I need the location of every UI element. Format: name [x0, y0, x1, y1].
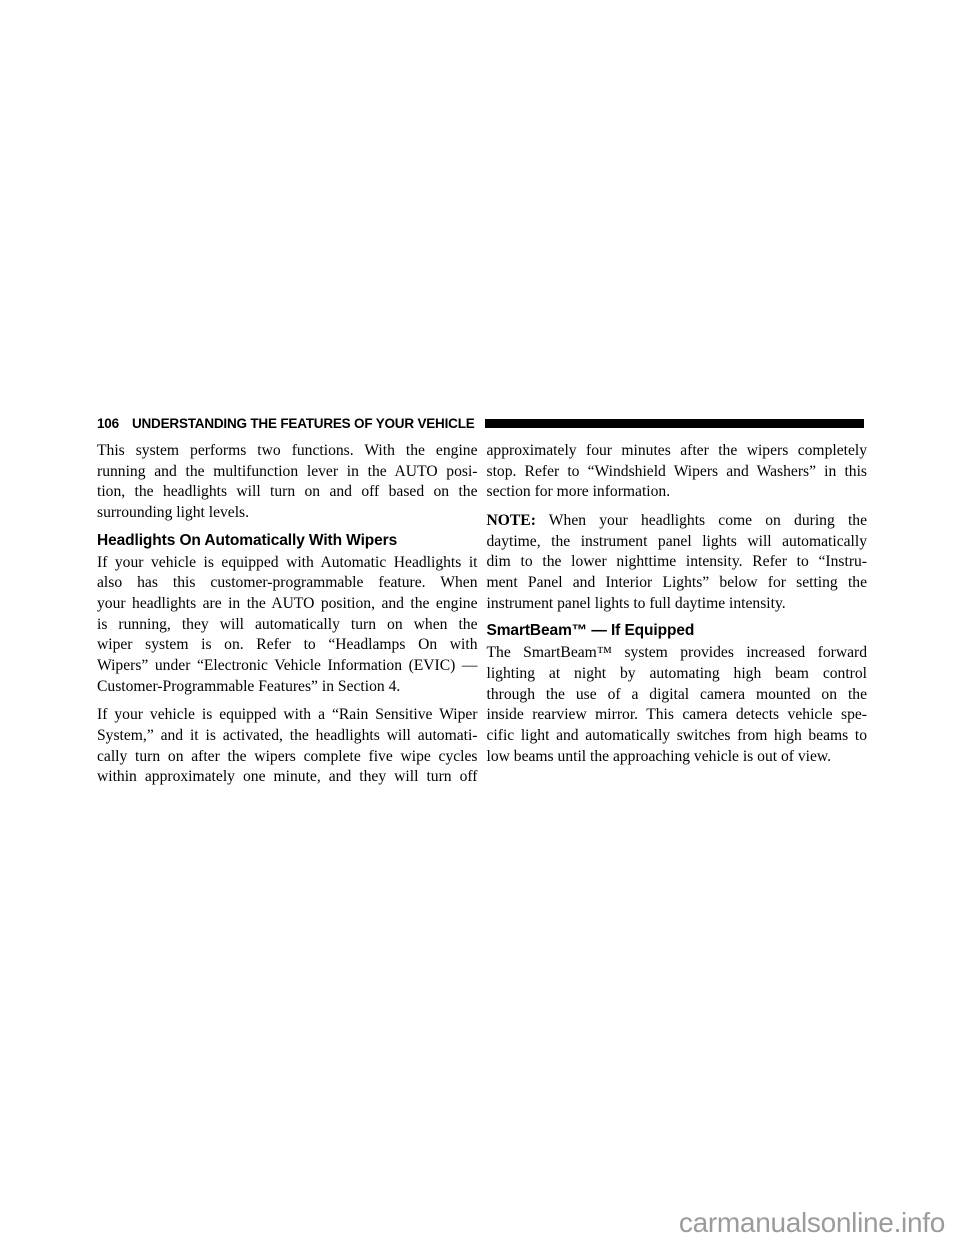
text-line: also has this customer-programmable feat…: [97, 573, 478, 594]
body-paragraph: If your vehicle is equipped with Automat…: [97, 553, 478, 698]
text-line: your headlights are in the AUTO position…: [97, 594, 478, 615]
text-line: cally turn on after the wipers complete …: [97, 747, 478, 768]
text-line: through the use of a digital camera moun…: [487, 685, 868, 706]
text-line: Customer-Programmable Features” in Secti…: [97, 677, 478, 698]
body-paragraph: The SmartBeam™ system provides increased…: [487, 643, 868, 767]
page-number: 106: [97, 416, 119, 431]
text-line: is running, they will automatically turn…: [97, 615, 478, 636]
text-line: dim to the lower nighttime intensity. Re…: [487, 552, 868, 573]
text-line: running and the multifunction lever in t…: [97, 462, 478, 483]
text-line: inside rearview mirror. This camera dete…: [487, 705, 868, 726]
text-line: instrument panel lights to full daytime …: [487, 594, 868, 615]
body-paragraph: approximately four minutes after the wip…: [487, 441, 868, 503]
right-column: approximately four minutes after the wip…: [487, 441, 868, 796]
text-line: section for more information.: [487, 482, 868, 503]
header-rule: [485, 419, 864, 428]
text-line: surrounding light levels.: [97, 503, 478, 524]
text-columns: This system performs two functions. With…: [97, 441, 867, 796]
text-line: low beams until the approaching vehicle …: [487, 747, 868, 768]
left-column: This system performs two functions. With…: [97, 441, 478, 796]
text-line: approximately four minutes after the wip…: [487, 441, 868, 462]
text-line: NOTE: When your headlights come on durin…: [487, 511, 868, 532]
watermark: carmanualsonline.info: [679, 1207, 945, 1239]
text-line: If your vehicle is equipped with Automat…: [97, 553, 478, 574]
text-line: ment Panel and Interior Lights” below fo…: [487, 573, 868, 594]
section-heading: SmartBeam™ — If Equipped: [487, 622, 868, 640]
section-heading: Headlights On Automatically With Wipers: [97, 532, 478, 550]
manual-page: 106 UNDERSTANDING THE FEATURES OF YOUR V…: [0, 0, 960, 1242]
body-paragraph: This system performs two functions. With…: [97, 441, 478, 524]
text-line: stop. Refer to “Windshield Wipers and Wa…: [487, 462, 868, 483]
text-line: wiper system is on. Refer to “Headlamps …: [97, 635, 478, 656]
text-line: This system performs two functions. With…: [97, 441, 478, 462]
page-header: 106 UNDERSTANDING THE FEATURES OF YOUR V…: [97, 416, 864, 431]
body-paragraph: If your vehicle is equipped with a “Rain…: [97, 705, 478, 788]
header-title: UNDERSTANDING THE FEATURES OF YOUR VEHIC…: [132, 416, 475, 431]
note-paragraph: NOTE: When your headlights come on durin…: [487, 511, 868, 614]
text-line: tion, the headlights will turn on and of…: [97, 482, 478, 503]
text-line: lighting at night by automating high bea…: [487, 664, 868, 685]
text-line: within approximately one minute, and the…: [97, 767, 478, 788]
text-line: The SmartBeam™ system provides increased…: [487, 643, 868, 664]
text-line: If your vehicle is equipped with a “Rain…: [97, 705, 478, 726]
text-line: cific light and automatically switches f…: [487, 726, 868, 747]
note-label: NOTE:: [487, 512, 536, 529]
text-line: System,” and it is activated, the headli…: [97, 726, 478, 747]
text-line: Wipers” under “Electronic Vehicle Inform…: [97, 656, 478, 677]
text-line: daytime, the instrument panel lights wil…: [487, 532, 868, 553]
